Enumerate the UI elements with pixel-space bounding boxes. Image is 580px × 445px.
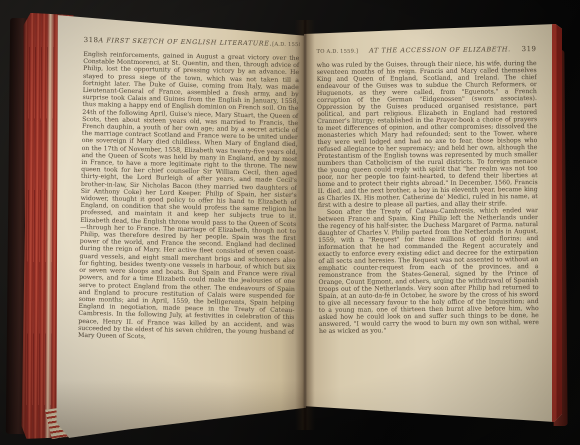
right-page-body-paragraph-1: who was ruled by the Guises, through the… [317, 60, 538, 209]
left-page-content: 318 A FIRST SKETCH OF ENGLISH LITERATURE… [76, 36, 299, 430]
right-folio-number: 319 [522, 45, 537, 53]
right-page: TO A.D. 1559.] AT THE ACCESSION OF ELIZA… [304, 24, 562, 422]
right-page-content: TO A.D. 1559.] AT THE ACCESSION OF ELIZA… [316, 45, 539, 397]
gutter-shadow [295, 20, 315, 430]
right-page-body-paragraph-2: Soon after the Treaty of Cateau-Cambresi… [318, 207, 539, 335]
left-folio-number: 318 [84, 36, 99, 44]
right-date-note: TO A.D. 1559.] [316, 49, 358, 55]
right-page-header: TO A.D. 1559.] AT THE ACCESSION OF ELIZA… [316, 45, 536, 55]
left-page-header: 318 A FIRST SKETCH OF ENGLISH LITERATURE… [84, 36, 300, 48]
right-running-title: AT THE ACCESSION OF ELIZABETH. [369, 45, 511, 54]
photo-background: 318 A FIRST SKETCH OF ENGLISH LITERATURE… [0, 0, 580, 445]
left-page-body-text: English reinforcements, gained in August… [78, 51, 299, 343]
left-page: 318 A FIRST SKETCH OF ENGLISH LITERATURE… [54, 10, 306, 440]
left-running-title: A FIRST SKETCH OF ENGLISH LITERATURE. [98, 36, 272, 47]
